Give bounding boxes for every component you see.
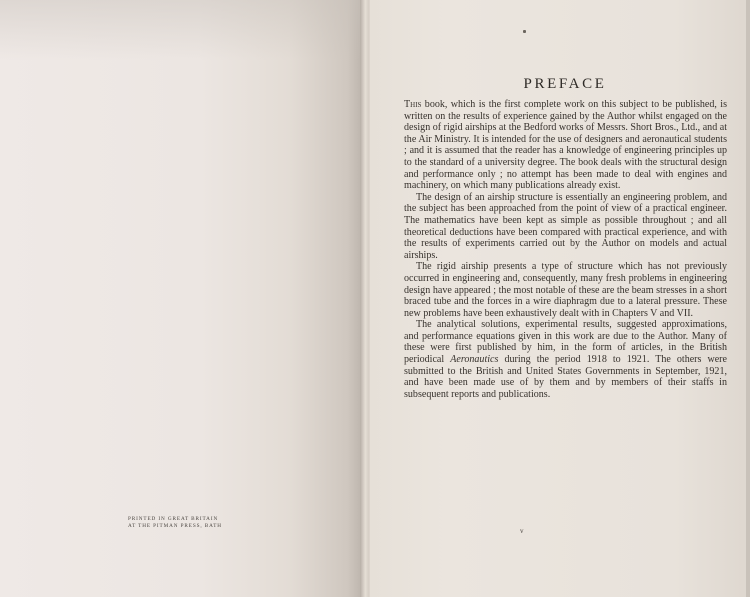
imprint-line-2: AT THE PITMAN PRESS, BATH <box>128 523 222 530</box>
periodical-title: Aeronautics <box>450 354 498 365</box>
preface-paragraph-4: The analytical solutions, experimental r… <box>404 319 727 400</box>
page-mark <box>523 30 526 33</box>
printer-imprint: PRINTED IN GREAT BRITAIN AT THE PITMAN P… <box>128 516 222 530</box>
preface-paragraph-2: The design of an airship structure is es… <box>404 192 727 262</box>
left-page: PRINTED IN GREAT BRITAIN AT THE PITMAN P… <box>0 0 362 597</box>
page-title: PREFACE <box>430 76 700 93</box>
book-spread: PRINTED IN GREAT BRITAIN AT THE PITMAN P… <box>0 0 750 597</box>
drop-word: This <box>404 99 421 110</box>
preface-body: This book, which is the first complete w… <box>404 99 727 400</box>
preface-paragraph-3: The rigid airship presents a type of str… <box>404 261 727 319</box>
preface-paragraph-1: This book, which is the first complete w… <box>404 99 727 192</box>
page-number: v <box>520 527 524 535</box>
imprint-line-1: PRINTED IN GREAT BRITAIN <box>128 516 222 523</box>
